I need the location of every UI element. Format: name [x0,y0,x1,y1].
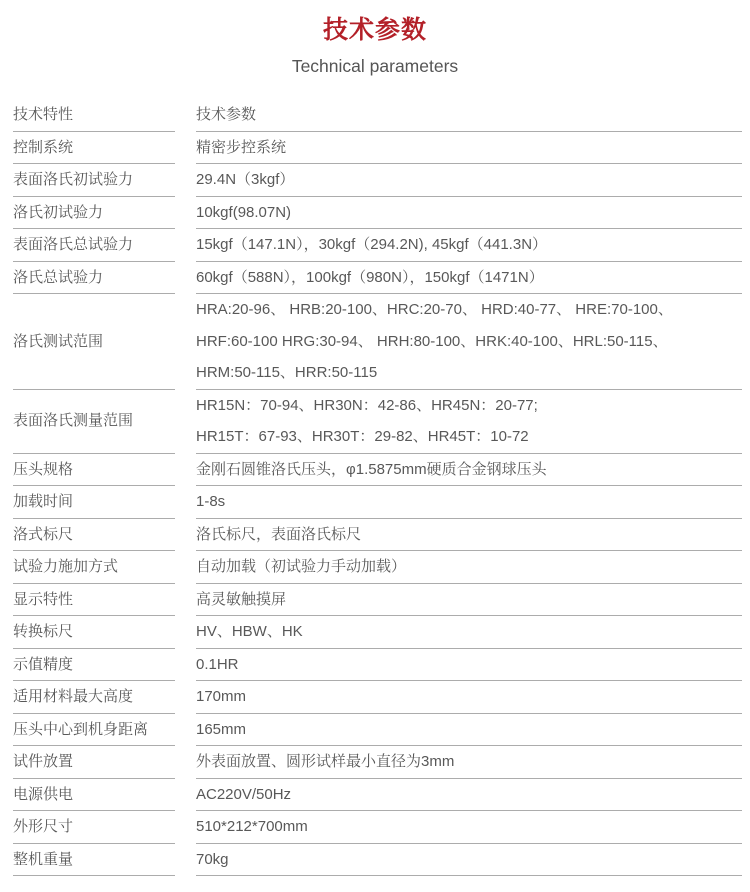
spec-row-value: 0.1HR [196,649,742,682]
spec-row-label: 示值精度 [13,649,175,682]
spec-row-label: 技术特性 [13,99,175,132]
spec-row-label: 表面洛氏初试验力 [13,164,175,197]
spec-row-value: 10kgf(98.07N) [196,197,742,230]
spec-row-label: 表面洛氏测量范围 [13,390,175,454]
spec-row-value: HRA:20-96、 HRB:20-100、HRC:20-70、 HRD:40-… [196,294,742,390]
spec-row-label: 加载时间 [13,486,175,519]
spec-row-label: 压头中心到机身距离 [13,714,175,747]
spec-row-label: 试验力施加方式 [13,551,175,584]
spec-row-value: 1-8s [196,486,742,519]
spec-row-value: AC220V/50Hz [196,779,742,812]
spec-table: 技术特性 技术参数 控制系统 精密步控系统 表面洛氏初试验力 29.4N（3kg… [13,99,742,876]
spec-row-value: 15kgf（147.1N），30kgf（294.2N), 45kgf（441.3… [196,229,742,262]
spec-row-label: 转换标尺 [13,616,175,649]
spec-row-label: 试件放置 [13,746,175,779]
spec-row-label: 显示特性 [13,584,175,617]
spec-row-value: HV、HBW、HK [196,616,742,649]
spec-row-label: 洛氏初试验力 [13,197,175,230]
spec-row-label: 压头规格 [13,454,175,487]
spec-row-value: 高灵敏触摸屏 [196,584,742,617]
spec-row-value: 170mm [196,681,742,714]
spec-row-label: 洛氏测试范围 [13,294,175,390]
spec-row-label: 外形尺寸 [13,811,175,844]
spec-row-label: 控制系统 [13,132,175,165]
spec-row-value: 金刚石圆锥洛氏压头，φ1.5875mm硬质合金钢球压头 [196,454,742,487]
spec-row-label: 整机重量 [13,844,175,877]
spec-row-label: 电源供电 [13,779,175,812]
spec-row-value: 自动加载（初试验力手动加载） [196,551,742,584]
page-title: 技术参数 [0,14,750,47]
page-subtitle: Technical parameters [0,55,750,78]
spec-row-value: 洛氏标尺，表面洛氏标尺 [196,519,742,552]
spec-row-value: 技术参数 [196,99,742,132]
spec-row-value: 29.4N（3kgf） [196,164,742,197]
spec-row-label: 表面洛氏总试验力 [13,229,175,262]
spec-row-label: 洛氏总试验力 [13,262,175,295]
spec-row-value: 510*212*700mm [196,811,742,844]
spec-row-value: 60kgf（588N），100kgf（980N），150kgf（1471N） [196,262,742,295]
spec-row-label: 适用材料最大高度 [13,681,175,714]
technical-parameters-page: 技术参数 Technical parameters 技术特性 技术参数 控制系统… [0,0,750,892]
spec-row-value: 70kg [196,844,742,877]
spec-row-label: 洛式标尺 [13,519,175,552]
spec-row-value: 外表面放置、圆形试样最小直径为3mm [196,746,742,779]
spec-row-value: 165mm [196,714,742,747]
page-header: 技术参数 Technical parameters [0,14,750,78]
spec-row-value: 精密步控系统 [196,132,742,165]
spec-row-value: HR15N：70-94、HR30N：42-86、HR45N：20-77; HR1… [196,390,742,454]
